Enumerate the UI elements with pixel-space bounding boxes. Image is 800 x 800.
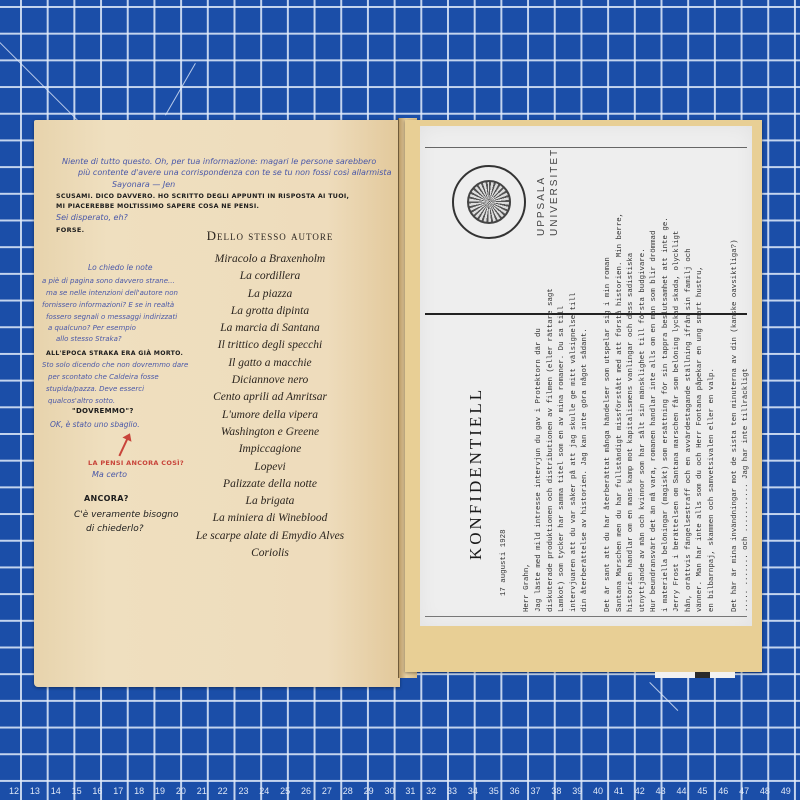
mat-ruler: 1213141516171819202122232425262728293031… bbox=[0, 786, 800, 800]
book-title: Miracolo a Braxenholm bbox=[160, 253, 380, 270]
divider-line bbox=[425, 616, 747, 617]
ruler-number: 46 bbox=[715, 786, 731, 800]
ruler-number: 45 bbox=[694, 786, 710, 800]
body-line: Jerry Frost i berättelsen om Santana mar… bbox=[672, 213, 684, 612]
body-line: ..... ....... och ........... Jag har in… bbox=[741, 213, 753, 612]
ruler-number: 26 bbox=[298, 786, 314, 800]
handwritten-caps-note: ANCORA? bbox=[84, 494, 129, 503]
book-title: Coriolis bbox=[160, 547, 380, 564]
book-title: Le scarpe alate di Emydio Alves bbox=[160, 530, 380, 547]
page-tab bbox=[655, 672, 735, 678]
body-line: historien handlar om en mans kamp mot ka… bbox=[626, 213, 638, 612]
ruler-number: 47 bbox=[736, 786, 752, 800]
ruler-number: 25 bbox=[277, 786, 293, 800]
handwritten-caps-note: "DOVREMMO"? bbox=[72, 407, 134, 415]
book-title: La miniera di Wineblood bbox=[160, 512, 380, 529]
ruler-number: 48 bbox=[757, 786, 773, 800]
ruler-number: 38 bbox=[548, 786, 564, 800]
ruler-number: 14 bbox=[48, 786, 64, 800]
book-title: La marcia di Santana bbox=[160, 322, 380, 339]
ruler-number: 19 bbox=[152, 786, 168, 800]
body-line: Hur beundransvärt det än må vara, romane… bbox=[649, 213, 661, 612]
ruler-number: 20 bbox=[173, 786, 189, 800]
book-title: La piazza bbox=[160, 288, 380, 305]
ruler-number: 21 bbox=[194, 786, 210, 800]
body-line: Jag läste med mild intresse intervjun du… bbox=[534, 213, 546, 612]
book-title: Palizzate della notte bbox=[160, 478, 380, 495]
body-line: en bilbarnpaj, skammen och samvetsivalen… bbox=[707, 213, 719, 612]
body-line: Det är sant att du har återberättat mång… bbox=[603, 213, 615, 612]
handwritten-note-blue: Niente di tutto questo. Oh, per tua info… bbox=[62, 157, 376, 166]
margin-note-blue: Sto solo dicendo che non dovremmo dare bbox=[42, 361, 188, 369]
ruler-number: 37 bbox=[527, 786, 543, 800]
body-line: din återberättelse av historien. Jag kan… bbox=[580, 213, 592, 612]
ruler-number: 28 bbox=[340, 786, 356, 800]
ruler-number: 31 bbox=[402, 786, 418, 800]
book-title: Washington e Greene bbox=[160, 426, 380, 443]
margin-note-blue: qualcos'altro sotto. bbox=[48, 397, 115, 405]
handwritten-signature: Sayonara — Jen bbox=[112, 180, 175, 189]
margin-note-blue: a piè di pagina sono davvero strane... bbox=[42, 277, 175, 285]
book-title: La brigata bbox=[160, 495, 380, 512]
book-title: La cordillera bbox=[160, 270, 380, 287]
body-line: hån, orättvis fängelsestraff och en avvä… bbox=[684, 213, 696, 612]
margin-note-blue: stupida/pazza. Deve esserci bbox=[46, 385, 144, 393]
ruler-number: 41 bbox=[611, 786, 627, 800]
book-title: Il trittico degli specchi bbox=[160, 339, 380, 356]
book-title: La grotta dipinta bbox=[160, 305, 380, 322]
ruler-number: 12 bbox=[6, 786, 22, 800]
handwritten-red-note: LA PENSI ANCORA COSÌ? bbox=[88, 459, 184, 467]
book-title: Cento aprili ad Amritsar bbox=[160, 391, 380, 408]
handwritten-caps-note: ALL'EPOCA STRAKA ERA GIÀ MORTO. bbox=[46, 350, 183, 357]
ruler-number: 42 bbox=[632, 786, 648, 800]
ruler-number: 24 bbox=[256, 786, 272, 800]
margin-note-blue: per scontato che Caldeira fosse bbox=[48, 373, 159, 381]
divider-line bbox=[425, 147, 747, 148]
margin-note-blue: ma se nelle intenzioni dell'autore non bbox=[46, 289, 178, 297]
book-title: Il gatto a macchie bbox=[160, 357, 380, 374]
document-body: Jag läste med mild intresse intervjun du… bbox=[534, 213, 753, 612]
ruler-number: 35 bbox=[486, 786, 502, 800]
ruler-number: 30 bbox=[381, 786, 397, 800]
ruler-number: 27 bbox=[319, 786, 335, 800]
margin-note-blue: Ma certo bbox=[92, 470, 127, 479]
body-line: vänner. Man har inte alls som du och Her… bbox=[695, 213, 707, 612]
handwritten-caps-note: MI PIACEREBBE MOLTISSIMO SAPERE COSA NE … bbox=[56, 203, 259, 210]
handwritten-caps-note: SCUSAMI. DICO DAVVERO. HO SCRITTO DEGLI … bbox=[56, 193, 349, 200]
ruler-number: 22 bbox=[215, 786, 231, 800]
book-title: Impiccagione bbox=[160, 443, 380, 460]
book-title: Lopevi bbox=[160, 461, 380, 478]
margin-note-blue: fossero segnali o messaggi indirizzati bbox=[46, 313, 177, 321]
margin-note-blue: Lo chiedo le note bbox=[88, 263, 152, 272]
handwritten-caps-note: FORSE. bbox=[56, 226, 84, 234]
document-date: 17 augusti 1928 bbox=[499, 529, 511, 596]
book-title: L'umore della vipera bbox=[160, 409, 380, 426]
handwritten-note-blue: più contente d'avere una corrispondenza … bbox=[78, 168, 391, 177]
margin-note-blue: allo stesso Straka? bbox=[56, 335, 122, 343]
book-title: Diciannove nero bbox=[160, 374, 380, 391]
handwritten-dark-note: C'è veramente bisogno bbox=[74, 510, 179, 520]
body-line: Det här är mina invändningar mot de sist… bbox=[730, 213, 742, 612]
margin-note-blue: a qualcuno? Per esempio bbox=[48, 324, 136, 332]
title-list: Miracolo a Braxenholm La cordillera La p… bbox=[160, 253, 380, 564]
margin-note-blue: OK, è stato uno sbaglio. bbox=[50, 420, 140, 429]
document-title: KONFIDENTIELL bbox=[466, 387, 486, 560]
margin-note-blue: fornissero informazioni? E se in realtà bbox=[42, 301, 174, 309]
ruler-number: 13 bbox=[27, 786, 43, 800]
ruler-number: 17 bbox=[110, 786, 126, 800]
ruler-number: 34 bbox=[465, 786, 481, 800]
body-line: Santana Marschen men du har fullständigt… bbox=[615, 213, 627, 612]
document-salutation: Herr Grahn, bbox=[522, 563, 534, 612]
ruler-number: 44 bbox=[674, 786, 690, 800]
page-heading: Dello stesso autore bbox=[160, 228, 380, 244]
body-line: i materiella belöningar (magiskt) som er… bbox=[661, 213, 673, 612]
body-line bbox=[592, 213, 604, 612]
handwritten-note-blue: Sei disperato, eh? bbox=[56, 213, 128, 222]
ruler-number: 18 bbox=[131, 786, 147, 800]
ruler-number: 23 bbox=[235, 786, 251, 800]
ruler-number: 49 bbox=[778, 786, 794, 800]
ruler-number: 40 bbox=[590, 786, 606, 800]
ruler-number: 33 bbox=[444, 786, 460, 800]
ruler-number: 36 bbox=[507, 786, 523, 800]
body-line: Lamkot) som tycker har samma titel som e… bbox=[557, 213, 569, 612]
body-line: intervjuaren att du var säker på att jag… bbox=[569, 213, 581, 612]
ruler-number: 39 bbox=[569, 786, 585, 800]
ruler-number: 43 bbox=[653, 786, 669, 800]
ruler-number: 15 bbox=[69, 786, 85, 800]
ruler-number: 29 bbox=[361, 786, 377, 800]
body-line: utnyttjande av män och kvinnor som har s… bbox=[638, 213, 650, 612]
ruler-number: 32 bbox=[423, 786, 439, 800]
ruler-number: 16 bbox=[89, 786, 105, 800]
handwritten-dark-note: di chiederlo? bbox=[86, 524, 144, 534]
body-line bbox=[718, 213, 730, 612]
university-seal-icon bbox=[452, 165, 526, 239]
body-line: diskuterade produktionen och distributio… bbox=[546, 213, 558, 612]
